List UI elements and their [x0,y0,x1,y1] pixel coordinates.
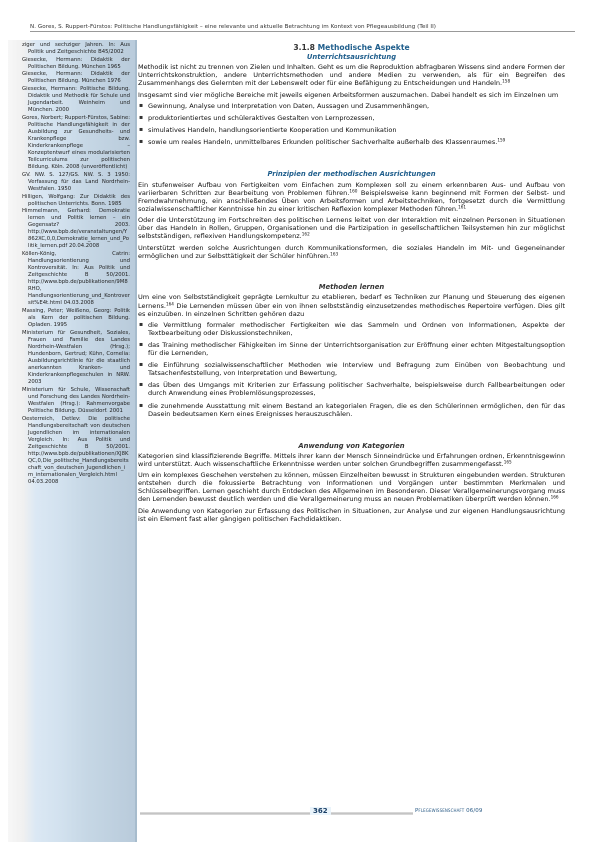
reference-item: Massing, Peter; Weißeno, Georg: Politik … [22,308,130,329]
section-number: 3.1.8 [293,43,315,52]
main-column: 3.1.8 Methodische Aspekte Unterrichtsaus… [138,44,565,527]
footnote-ref[interactable]: 158 [502,79,510,84]
reference-item: Himmelmann, Gerhard: Demokratie lernen u… [22,208,130,250]
list-item: produktorientiertes und schüleraktives G… [148,114,565,122]
list-item: das Training methodischer Fähigkeiten im… [148,341,565,357]
reference-item: Giesecke, Hermann: Didaktik der Politisc… [22,57,130,71]
list-item: die Vermittlung formaler methodischer Fe… [148,321,565,337]
reference-item: Hilligen, Wolfgang: Zur Didaktik des pol… [22,194,130,208]
page-number: 362 [310,807,331,815]
section-title: Methodische Aspekte [318,43,410,52]
spacer [138,422,565,442]
footnote-ref[interactable]: 163 [330,251,338,256]
subsection-heading: Methoden lernen [138,283,565,291]
reference-item: Köllen-König, Catrin: Handlungsorientier… [22,251,130,307]
running-head: N. Gores, S. Ruppert-Fürstos: Politische… [30,24,575,32]
reference-item: Gores, Norbert; Ruppert-Fürstos, Sabine:… [22,115,130,171]
paragraph: Methodik ist nicht zu trennen von Zielen… [138,63,565,87]
list-item: simulatives Handeln, handlungsorientiert… [148,126,565,134]
paragraph: Um ein komplexes Geschehen verstehen zu … [138,471,565,503]
footnote-ref[interactable]: 161 [458,204,466,209]
reference-item: Giesecke, Hermann: Didaktik der Politisc… [22,71,130,85]
paragraph: Unterstützt werden solche Ausrichtungen … [138,244,565,260]
list-item: die Einführung sozialwissenschaftlicher … [148,361,565,377]
reference-list: ziger und sechziger Jahren. In: Aus Poli… [22,42,130,487]
spacer [138,263,565,283]
subsection-heading: Prinzipien der methodischen Ausrichtunge… [138,170,565,178]
paragraph: Um eine von Selbstständigkeit geprägte L… [138,293,565,317]
bullet-list: Gewinnung, Analyse und Interpretation vo… [138,102,565,146]
paragraph: Kategorien sind klassifizierende Begriff… [138,452,565,468]
paragraph: Oder die Unterstützung im Fortschreiten … [138,216,565,240]
bullet-list: die Vermittlung formaler methodischer Fe… [138,321,565,417]
paragraph: Insgesamt sind vier mögliche Bereiche mi… [138,91,565,99]
reference-item: Ministerium für Gesundheit, Soziales, Fr… [22,330,130,386]
paragraph: Die Anwendung von Kategorien zur Erfassu… [138,507,565,523]
reference-item: GV. NW. S. 127/GS. NW. S. 3 1950: Verfas… [22,172,130,193]
reference-item: Giesecke, Hermann: Politische Bildung. D… [22,86,130,114]
footnote-ref[interactable]: 159 [497,138,505,143]
footnote-ref[interactable]: 162 [302,232,310,237]
subsection-heading: Anwendung von Kategorien [138,442,565,450]
list-item: Gewinnung, Analyse und Interpretation vo… [148,102,565,110]
footnote-ref[interactable]: 165 [504,459,512,464]
footnote-ref[interactable]: 166 [551,495,559,500]
subsection-heading: Unterrichtsausrichtung [138,53,565,61]
reference-item: ziger und sechziger Jahren. In: Aus Poli… [22,42,130,56]
journal-name: Pflegewissenschaft 06/09 [415,808,482,814]
section-heading: 3.1.8 Methodische Aspekte [138,44,565,52]
list-item: sowie um reales Handeln, unmittelbares E… [148,138,565,146]
reference-item: Oesterreich, Detlev: Die politische Hand… [22,416,130,486]
footnote-ref[interactable]: 164 [166,301,174,306]
paragraph: Ein stufenweiser Aufbau von Fertigkeiten… [138,181,565,213]
footer-rule [338,812,413,815]
spacer [138,150,565,170]
reference-item: Ministerium für Schule, Wissenschaft und… [22,387,130,415]
list-item: die zunehmende Ausstattung mit einem Bes… [148,402,565,418]
list-item: das Üben des Umgangs mit Kriterien zur E… [148,381,565,397]
